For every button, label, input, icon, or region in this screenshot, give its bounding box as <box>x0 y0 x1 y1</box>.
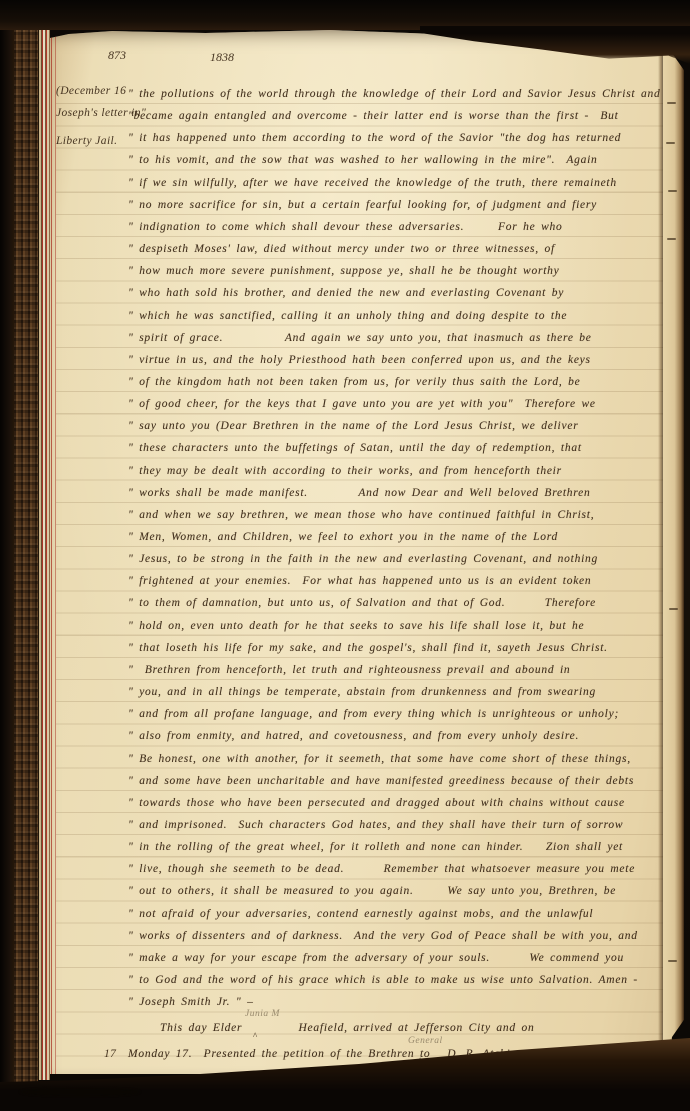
next-page-edge <box>663 40 684 1050</box>
manuscript-line: " and when we say brethren, we mean thos… <box>128 509 594 521</box>
manuscript-line: " the pollutions of the world through th… <box>128 88 661 100</box>
manuscript-line: " out to others, it shall be measured to… <box>128 885 616 897</box>
manuscript-line: " if we sin wilfully, after we have rece… <box>128 177 617 189</box>
manuscript-line: " they may be dealt with according to th… <box>128 465 562 477</box>
ink-bleed-mark <box>669 608 678 610</box>
journal-entry-line: This day Elder Heafield, arrived at Jeff… <box>160 1022 535 1034</box>
ink-bleed-mark <box>667 102 676 104</box>
manuscript-line: " to them of damnation, but unto us, of … <box>128 597 596 609</box>
manuscript-line: " virtue in us, and the holy Priesthood … <box>128 354 591 366</box>
manuscript-line: " and some have been uncharitable and ha… <box>128 775 634 787</box>
ink-bleed-mark <box>668 190 677 192</box>
margin-note-jail: Liberty Jail. <box>56 135 117 147</box>
page-fold-crease <box>658 30 663 1060</box>
year-heading: 1838 <box>210 50 234 65</box>
manuscript-line: " spirit of grace. And again we say unto… <box>128 332 592 344</box>
manuscript-line: " who hath sold his brother, and denied … <box>128 287 564 299</box>
manuscript-line: " it has happened unto them according to… <box>128 132 621 144</box>
pencil-annotation-name: Junia M <box>245 1009 280 1019</box>
margin-note-date: (December 16 <box>56 85 126 97</box>
page-edge-stack <box>38 24 50 1080</box>
bottom-smudge <box>20 1088 140 1096</box>
manuscript-line: " of good cheer, for the keys that I gav… <box>128 398 596 410</box>
manuscript-line: " make a way for your escape from the ad… <box>128 952 624 964</box>
manuscript-line: " also from enmity, and hatred, and cove… <box>128 730 579 742</box>
manuscript-line: " to God and the word of his grace which… <box>128 974 638 986</box>
manuscript-line: " frightened at your enemies. For what h… <box>128 575 591 587</box>
manuscript-line: " hold on, even unto death for he that s… <box>128 620 584 632</box>
manuscript-line: " how much more severe punishment, suppo… <box>128 265 560 277</box>
red-margin-rule <box>51 28 52 1074</box>
margin-note-day: 17 <box>104 1048 116 1060</box>
manuscript-line: " towards those who have been persecuted… <box>128 797 625 809</box>
manuscript-line: " Brethren from henceforth, let truth an… <box>128 664 570 676</box>
manuscript-line: " works of dissenters and of darkness. A… <box>128 930 638 942</box>
manuscript-line: " Jesus, to be strong in the faith in th… <box>128 553 598 565</box>
manuscript-line: " no more sacrifice for sin, but a certa… <box>128 199 597 211</box>
manuscript-line: " in the rolling of the great wheel, for… <box>128 841 623 853</box>
page-number: 873 <box>108 48 126 63</box>
manuscript-line: " that loseth his life for my sake, and … <box>128 642 608 654</box>
manuscript-line: " and from all profane language, and fro… <box>128 708 619 720</box>
manuscript-line: " these characters unto the buffetings o… <box>128 442 582 454</box>
manuscript-line: "became again entangled and overcome - t… <box>128 110 619 122</box>
scanned-manuscript: 873 1838 (December 16 Joseph's letter in… <box>0 0 690 1111</box>
manuscript-line: " indignation to come which shall devour… <box>128 221 563 233</box>
manuscript-line: " Men, Women, and Children, we feel to e… <box>128 531 558 543</box>
binding-cloth <box>14 6 38 1106</box>
manuscript-line: " and imprisoned. Such characters God ha… <box>128 819 623 831</box>
ink-bleed-mark <box>668 960 677 962</box>
manuscript-page: 873 1838 (December 16 Joseph's letter in… <box>50 28 672 1074</box>
manuscript-line: " not afraid of your adversaries, conten… <box>128 908 593 920</box>
ink-bleed-mark <box>666 142 675 144</box>
pencil-annotation-general: General <box>408 1036 443 1046</box>
manuscript-line: " works shall be made manifest. And now … <box>128 487 590 499</box>
ink-bleed-mark <box>667 238 676 240</box>
manuscript-line: " to his vomit, and the sow that was was… <box>128 154 598 166</box>
manuscript-line: " Joseph Smith Jr. " – <box>128 996 254 1008</box>
top-shadow <box>0 0 690 30</box>
manuscript-line: " Be honest, one with another, for it se… <box>128 753 631 765</box>
manuscript-line: " you, and in all things be temperate, a… <box>128 686 596 698</box>
manuscript-line: " live, though she seemeth to be dead. R… <box>128 863 635 875</box>
manuscript-line: " despiseth Moses' law, died without mer… <box>128 243 555 255</box>
manuscript-line: " of the kingdom hath not been taken fro… <box>128 376 580 388</box>
book-spine <box>0 0 14 1111</box>
manuscript-line: " say unto you (Dear Brethren in the nam… <box>128 420 578 432</box>
manuscript-line: " which he was sanctified, calling it an… <box>128 310 567 322</box>
